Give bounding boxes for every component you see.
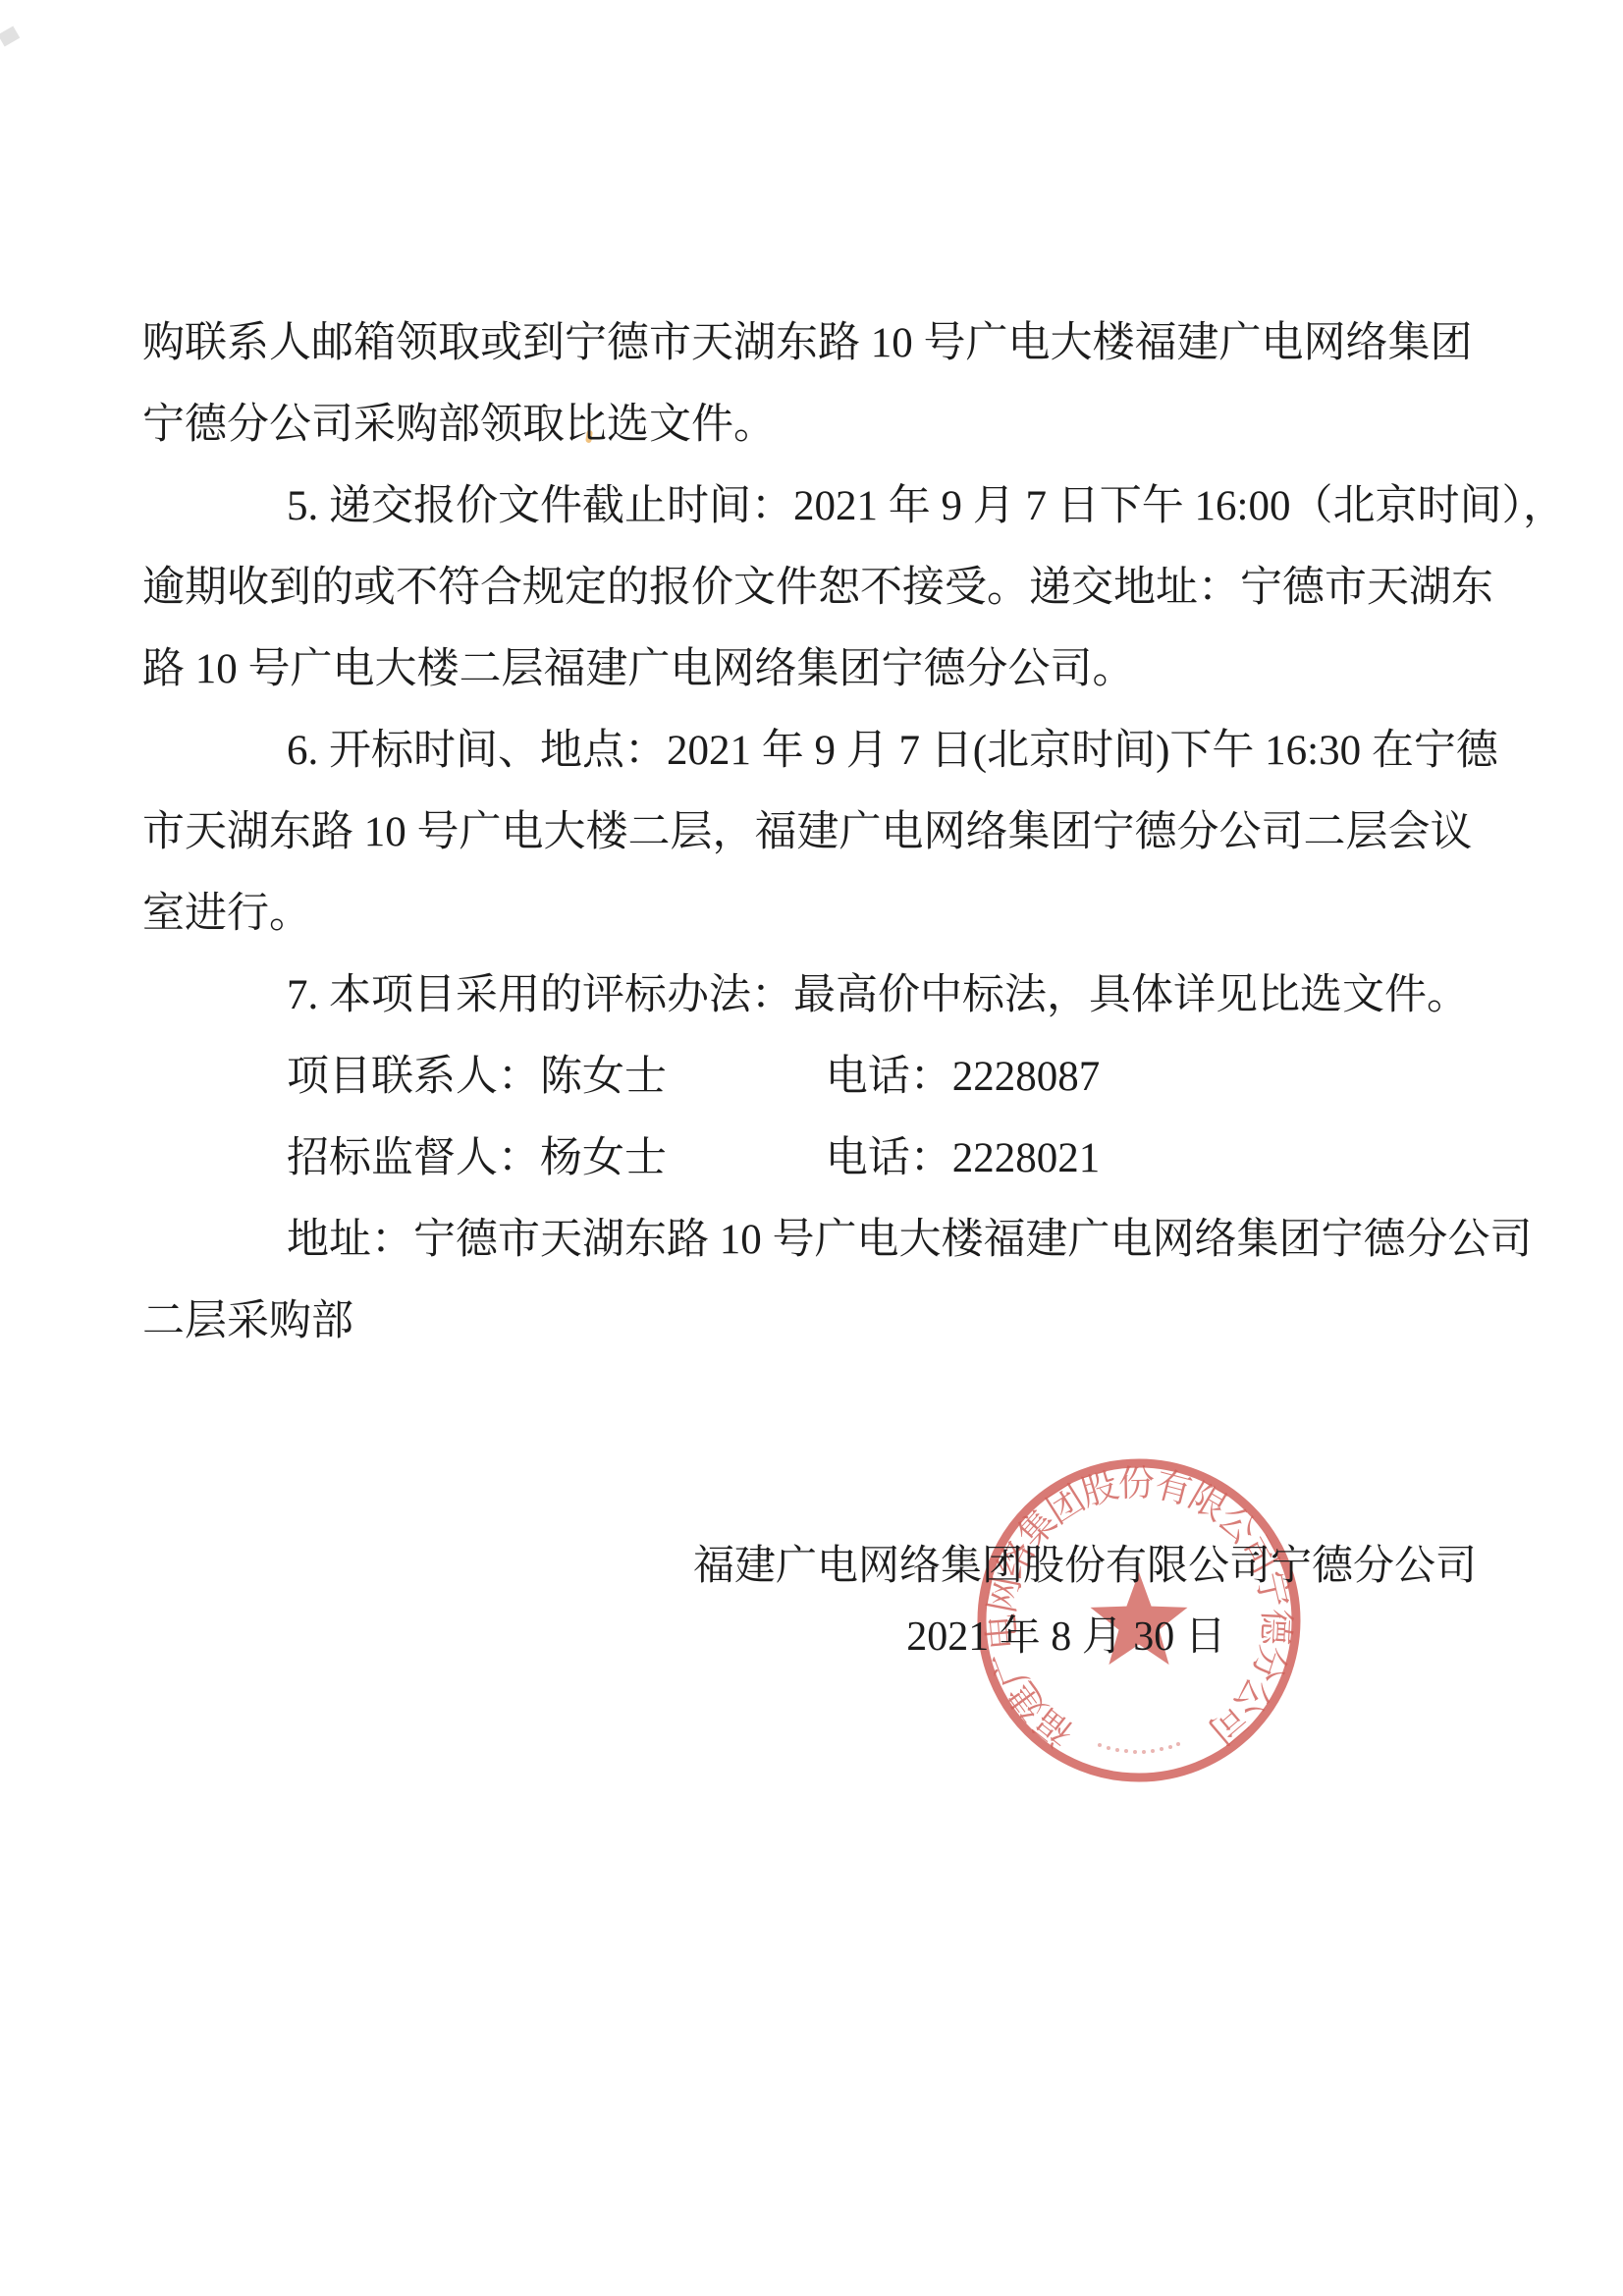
- project-contact-phone: 电话：2228087: [826, 1054, 1101, 1100]
- signature-date: 2021 年 8 月 30 日: [693, 1614, 1439, 1660]
- address-line-2: 二层采购部: [142, 1281, 1458, 1362]
- body-line-9-clause7: 7. 本项目采用的评标办法：最高价中标法，具体详见比选文件。: [142, 955, 1458, 1036]
- contact-row-project: 项目联系人：陈女士 电话：2228087: [142, 1036, 1458, 1118]
- document-page: 购联系人邮箱领取或到宁德市天湖东路 10 号广电大楼福建广电网络集团 宁德分公司…: [0, 0, 1623, 2296]
- body-line-5: 路 10 号广电大楼二层福建广电网络集团宁德分公司。: [142, 629, 1458, 710]
- body-line-4: 逾期收到的或不符合规定的报价文件恕不接受。递交地址：宁德市天湖东: [142, 547, 1458, 629]
- supervisor-contact-phone: 电话：2228021: [826, 1135, 1101, 1181]
- address-line-1: 地址：宁德市天湖东路 10 号广电大楼福建广电网络集团宁德分公司: [142, 1199, 1458, 1281]
- signature-company-name: 福建广电网络集团股份有限公司宁德分公司: [693, 1544, 1439, 1589]
- body-line-7: 市天湖东路 10 号广电大楼二层，福建广电网络集团宁德分公司二层会议: [142, 792, 1458, 873]
- body-line-2: 宁德分公司采购部领取比选文件。: [142, 384, 1458, 465]
- document-body: 购联系人邮箱领取或到宁德市天湖东路 10 号广电大楼福建广电网络集团 宁德分公司…: [142, 302, 1458, 1362]
- body-line-8: 室进行。: [142, 873, 1458, 955]
- body-line-1: 购联系人邮箱领取或到宁德市天湖东路 10 号广电大楼福建广电网络集团: [142, 302, 1458, 384]
- body-line-6-clause6: 6. 开标时间、地点：2021 年 9 月 7 日(北京时间)下午 16:30 …: [142, 710, 1458, 792]
- scan-artifact-corner: [0, 26, 20, 46]
- supervisor-contact-name: 招标监督人：杨女士: [287, 1118, 815, 1199]
- seal-serial-marks: [1098, 1742, 1180, 1754]
- project-contact-name: 项目联系人：陈女士: [287, 1036, 815, 1118]
- contact-row-supervisor: 招标监督人：杨女士 电话：2228021: [142, 1118, 1458, 1199]
- body-line-3-clause5: 5. 递交报价文件截止时间：2021 年 9 月 7 日下午 16:00（北京时…: [142, 465, 1458, 547]
